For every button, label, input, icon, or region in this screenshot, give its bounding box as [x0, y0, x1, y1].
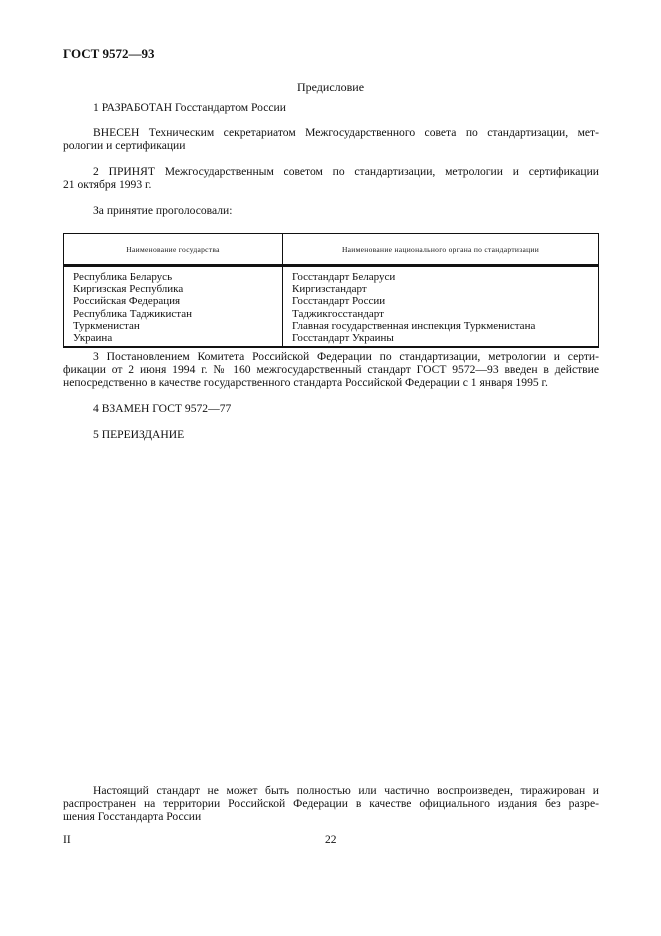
state-name: Российская Федерация [73, 295, 274, 307]
text-line: фикации от 2 июня 1994 г. № 160 межгосуд… [63, 363, 599, 376]
roman-page-number: II [63, 834, 71, 846]
item-5-reissue: 5 ПЕРЕИЗДАНИЕ [93, 428, 184, 441]
text-line: непосредственно в качестве государственн… [63, 376, 599, 389]
state-name: Республика Таджикистан [73, 308, 274, 320]
item-1-submitted: ВНЕСЕН Техническим секретариатом Межгосу… [63, 126, 599, 152]
text-line: рологии и сертификации [63, 139, 599, 152]
copyright-notice: Настоящий стандарт не может быть полност… [63, 784, 599, 823]
column-header-national-body: Наименование национального органа по ста… [283, 234, 599, 266]
item-3-resolution: 3 Постановлением Комитета Российской Фед… [63, 350, 599, 389]
national-body-name: Госстандарт России [292, 295, 590, 307]
page-title: Предисловие [0, 80, 661, 95]
voted-label: За принятие проголосовали: [93, 204, 232, 217]
text-line: Настоящий стандарт не может быть полност… [63, 784, 599, 797]
national-body-name: Главная государственная инспекция Туркме… [292, 320, 590, 332]
state-name: Республика Беларусь [73, 271, 274, 283]
text-line: 2 ПРИНЯТ Межгосударственным советом по с… [63, 165, 599, 178]
state-name: Киргизская Республика [73, 283, 274, 295]
national-body-name: Госстандарт Украины [292, 332, 590, 344]
table-row: Республика Беларусь Киргизская Республик… [64, 266, 599, 348]
table-header-row: Наименование государства Наименование на… [64, 234, 599, 266]
state-name: Украина [73, 332, 274, 344]
item-2-adopted: 2 ПРИНЯТ Межгосударственным советом по с… [63, 165, 599, 191]
column-header-state: Наименование государства [64, 234, 283, 266]
item-4-replaces: 4 ВЗАМЕН ГОСТ 9572—77 [93, 402, 231, 415]
national-body-name: Госстандарт Беларуси [292, 271, 590, 283]
text-line: распространен на территории Российской Ф… [63, 797, 599, 810]
text-line: 3 Постановлением Комитета Российской Фед… [63, 350, 599, 363]
item-1-developed: 1 РАЗРАБОТАН Госстандартом России [93, 101, 286, 114]
page-number: 22 [325, 834, 337, 846]
state-name: Туркменистан [73, 320, 274, 332]
state-names-cell: Республика Беларусь Киргизская Республик… [64, 266, 283, 348]
national-bodies-cell: Госстандарт Беларуси Киргизстандарт Госс… [283, 266, 599, 348]
document-code: ГОСТ 9572—93 [63, 46, 155, 62]
text-line: ВНЕСЕН Техническим секретариатом Межгосу… [63, 126, 599, 139]
text-line: шения Госстандарта России [63, 810, 599, 823]
national-body-name: Киргизстандарт [292, 283, 590, 295]
national-body-name: Таджикгосстандарт [292, 308, 590, 320]
text-line: 21 октября 1993 г. [63, 178, 599, 191]
voting-states-table: Наименование государства Наименование на… [63, 233, 599, 348]
